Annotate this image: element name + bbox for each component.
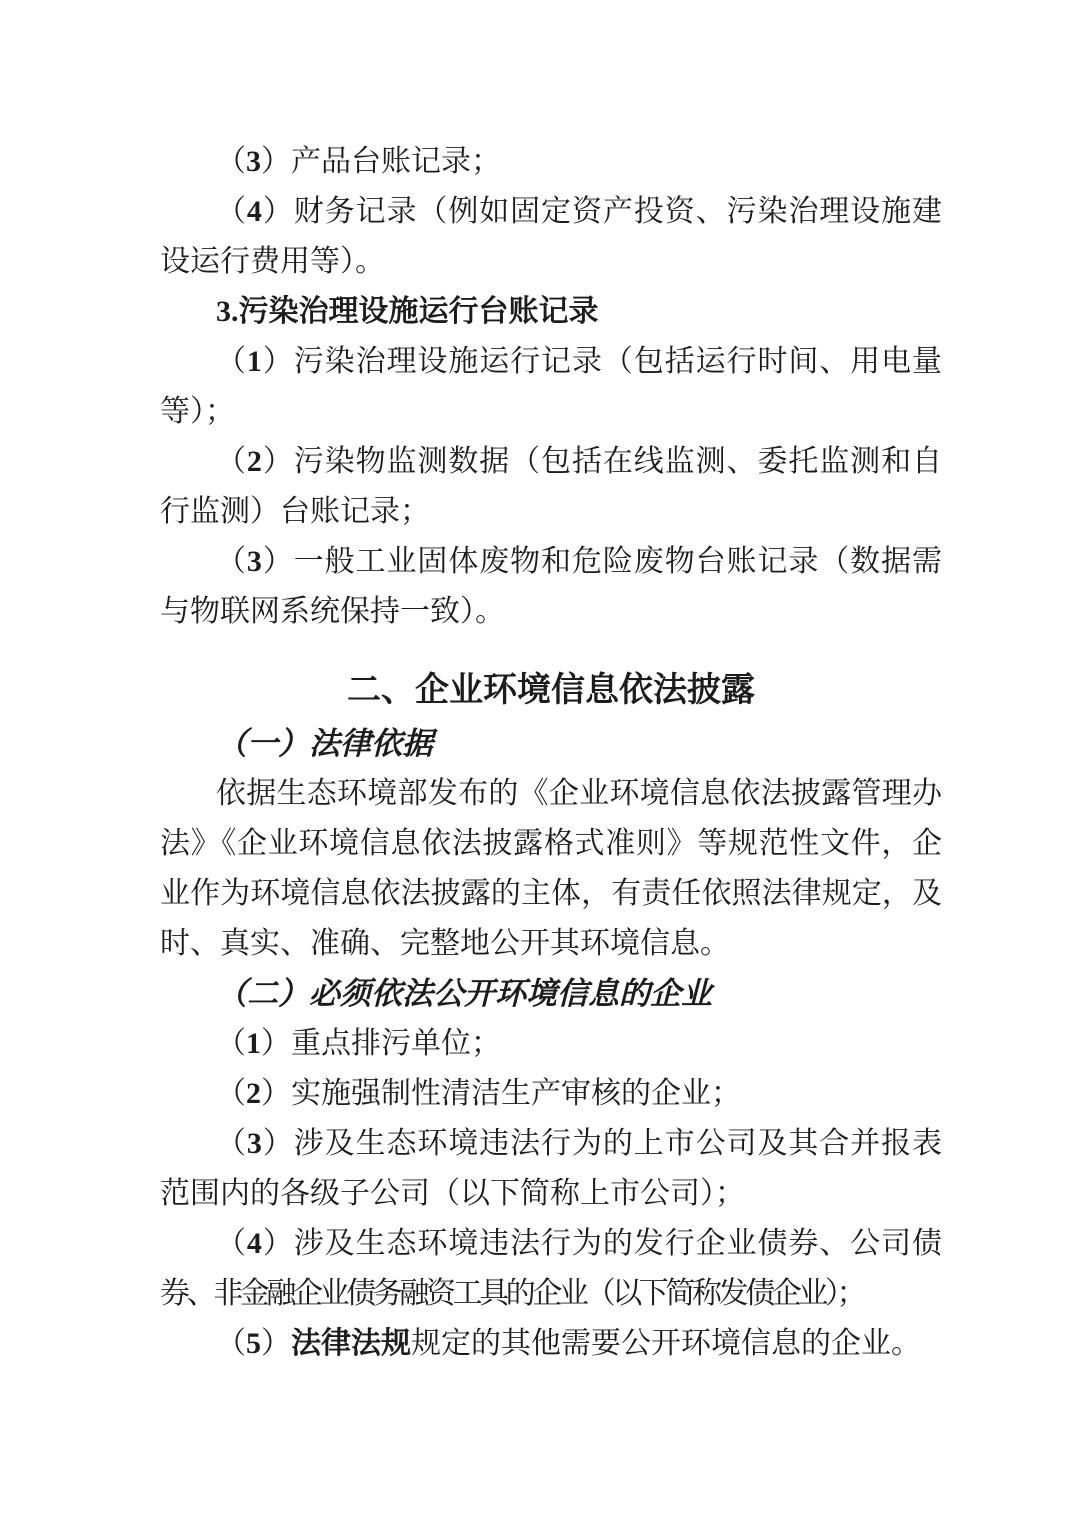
text-run: ）污染治理设施运行记录（包括运行时间、用电量 [262,345,942,378]
line-item2-cleaner-production: （2）实施强制性清洁生产审核的企业； [160,1069,942,1119]
text-run: 1 [247,345,262,378]
subheading-1-legal-basis: （一）法律依据 [160,719,942,769]
text-run: （ [216,1127,247,1160]
line-item1-facility-operation-2: 等）； [160,387,942,437]
text-run: ）涉及生态环境违法行为的上市公司及其合并报表 [262,1127,942,1160]
line-legal-basis-para-1: 依据生态环境部发布的《企业环境信息依法披露管理办 [160,769,942,819]
text-run: ）污染物监测数据（包括在线监测、委托监测和自 [262,445,942,478]
text-run: （ [216,1077,246,1110]
line-item3-product-ledger: （3）产品台账记录； [160,137,942,187]
text-run: ）重点排污单位； [261,1027,501,1060]
text-run: （ [216,345,247,378]
text-run: 1 [246,1027,261,1060]
section-heading-2-disclosure: 二、企业环境信息依法披露 [160,665,942,715]
text-run: 2 [247,445,262,478]
line-item2-monitoring-data-2: 行监测）台账记录； [160,487,942,537]
text-run: 3 [246,145,261,178]
line-legal-basis-para-3: 业作为环境信息依法披露的主体，有责任依照法律规定，及 [160,869,942,919]
line-item2-monitoring-data-1: （2）污染物监测数据（包括在线监测、委托监测和自 [160,437,942,487]
subheading-2-obligated-enterprises: （二）必须依法公开环境信息的企业 [160,969,942,1019]
text-run: 2 [246,1077,261,1110]
text-run: 3 [247,545,262,578]
line-item1-key-polluters: （1）重点排污单位； [160,1019,942,1069]
text-run: ）一般工业固体废物和危险废物台账记录（数据需 [262,545,942,578]
document-page: { "page": { "background": "#ffffff", "te… [0,0,1074,1520]
text-run: ）产品台账记录； [261,145,501,178]
line-legal-basis-para-2: 法》《企业环境信息依法披露格式准则》等规范性文件，企 [160,819,942,869]
text-run: 3 [247,1127,262,1160]
text-run: 4 [247,1227,262,1260]
heading-3-pollution-facility-ledger: 3.污染治理设施运行台账记录 [160,287,942,337]
line-legal-basis-para-4: 时、真实、准确、完整地公开其环境信息。 [160,919,942,969]
text-run: 法律法规 [291,1327,411,1360]
line-item4-finance-records-2: 设运行费用等）。 [160,237,942,287]
text-run: （ [216,145,246,178]
line-item3-solid-waste-ledger-2: 与物联网系统保持一致）。 [160,587,942,637]
text-run: ）涉及生态环境违法行为的发行企业债券、公司债 [262,1227,942,1260]
text-run: ）财务记录（例如固定资产投资、污染治理设施建 [262,195,942,228]
text-run: （ [216,1227,247,1260]
line-item1-facility-operation-1: （1）污染治理设施运行记录（包括运行时间、用电量 [160,337,942,387]
text-run: 4 [247,195,262,228]
text-block: （3）产品台账记录； （4）财务记录（例如固定资产投资、污染治理设施建 设运行费… [160,137,942,1369]
line-item4-finance-records-1: （4）财务记录（例如固定资产投资、污染治理设施建 [160,187,942,237]
text-run: （ [216,195,247,228]
line-item3-listed-companies-1: （3）涉及生态环境违法行为的上市公司及其合并报表 [160,1119,942,1169]
text-run: 规定的其他需要公开环境信息的企业。 [411,1327,921,1360]
line-item5-other-enterprises: （5）法律法规规定的其他需要公开环境信息的企业。 [160,1319,942,1369]
text-run: （ [216,545,247,578]
text-run: 5 [246,1327,261,1360]
line-item4-bond-issuers-2: 券、非金融企业债务融资工具的企业（以下简称发债企业）； [160,1269,942,1319]
text-run: （ [216,1027,246,1060]
text-run: （ [216,445,247,478]
text-run: （ [216,1327,246,1360]
text-run: ） [261,1327,291,1360]
line-item3-solid-waste-ledger-1: （3）一般工业固体废物和危险废物台账记录（数据需 [160,537,942,587]
line-item3-listed-companies-2: 范围内的各级子公司（以下简称上市公司）； [160,1169,942,1219]
line-item4-bond-issuers-1: （4）涉及生态环境违法行为的发行企业债券、公司债 [160,1219,942,1269]
text-run: ）实施强制性清洁生产审核的企业； [261,1077,741,1110]
